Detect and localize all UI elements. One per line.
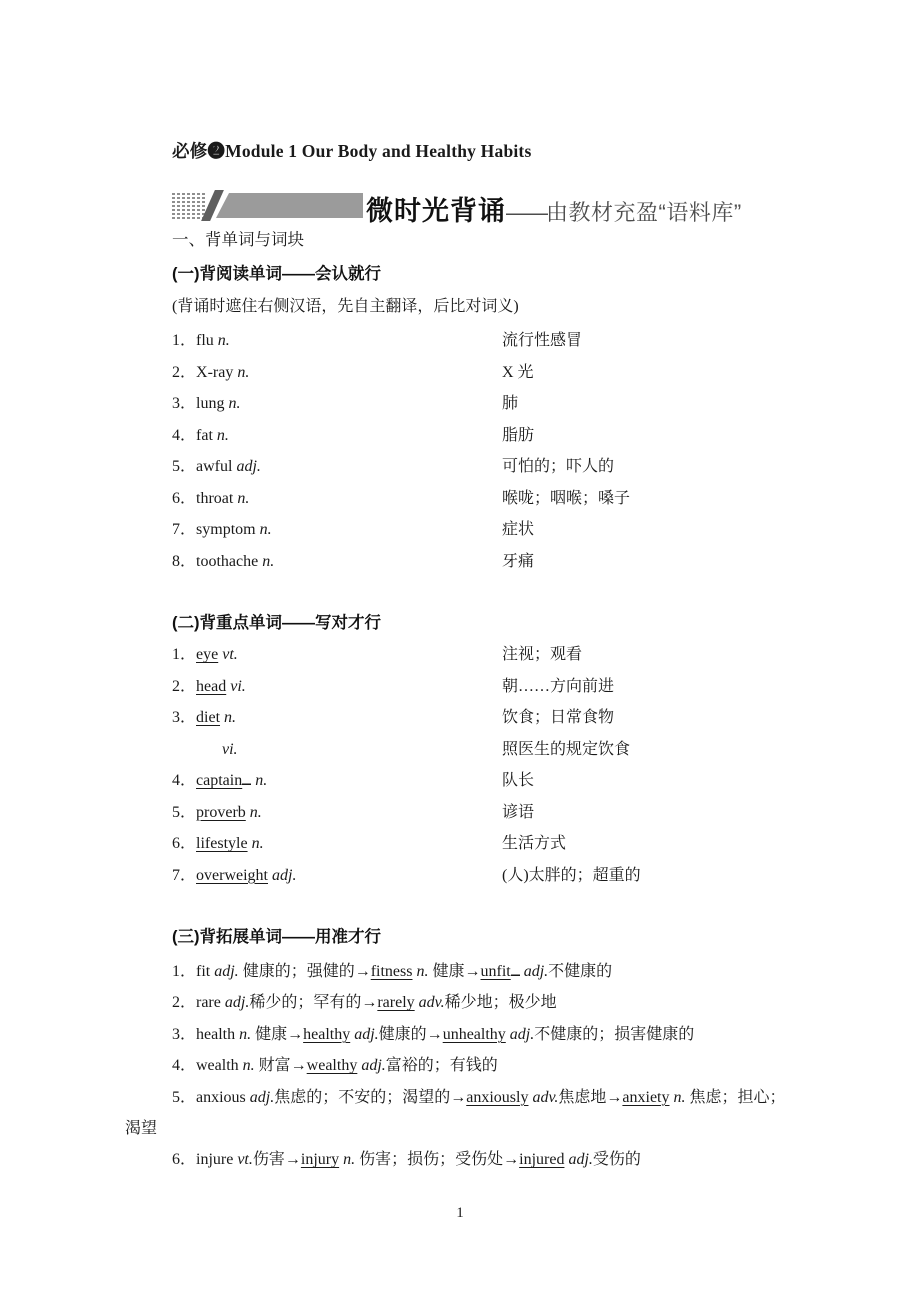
derivation-line: 3．health n. 健康→healthy adj.健康的→unhealthy… [125, 1019, 905, 1050]
english-term: 2．head vi. [172, 671, 246, 703]
hatch-pattern-decoration [172, 193, 206, 219]
item-number: 4． [172, 427, 196, 444]
english-term: 6．throat n. [172, 483, 249, 515]
derivation-line: 5．anxious adj.焦虑的；不安的；渴望的→anxiously adv.… [125, 1082, 905, 1113]
answer-blank [242, 769, 251, 785]
text-segment: fat [196, 427, 217, 444]
part-of-speech: n. [343, 1151, 355, 1168]
vocab-row: 1．flu n.流行性感冒 [172, 325, 872, 357]
underlined-word: unfit [481, 963, 520, 980]
banner-title: 微时光背诵 [366, 196, 506, 226]
underlined-word: wealthy [307, 1057, 358, 1074]
part-of-speech: adj. [510, 1026, 534, 1043]
text-segment: 2．rare [172, 994, 225, 1011]
item-number: 1． [172, 332, 196, 349]
vocab-row: 6．throat n.喉咙；咽喉；嗓子 [172, 483, 872, 515]
part-of-speech: n. [243, 1057, 255, 1074]
part-of-speech: vt. [237, 1151, 253, 1168]
text-segment: 健康→ [428, 963, 480, 980]
document-page: 必修❷Module 1 Our Body and Healthy Habits … [0, 0, 920, 1302]
part-of-speech: adv. [419, 994, 445, 1011]
underlined-word: diet [196, 709, 220, 726]
vocab-row: 2．X-ray n.X 光 [172, 357, 872, 389]
vocab-row: 4．fat n.脂肪 [172, 420, 872, 452]
text-segment: 4．wealth [172, 1057, 243, 1074]
section-1-note: (背诵时遮住右侧汉语，先自主翻译，后比对词义) [172, 293, 519, 316]
banner-text: 微时光背诵——由教材充盈“语料库” [366, 189, 742, 228]
vocab-row: 5．awful adj.可怕的；吓人的 [172, 451, 872, 483]
vocab-row: 3．lung n.肺 [172, 388, 872, 420]
english-term: 4．fat n. [172, 420, 229, 452]
item-number: 7． [172, 521, 196, 538]
derivation-line: 渴望 [125, 1113, 905, 1144]
derivation-line: 6．injure vt.伤害→injury n. 伤害；损伤；受伤处→injur… [125, 1144, 905, 1175]
text-segment: 健康的→ [379, 1026, 443, 1043]
chinese-gloss: 谚语 [502, 797, 534, 829]
item-number: 6． [172, 835, 196, 852]
text-segment: awful [196, 458, 236, 475]
vocab-row: 7．symptom n.症状 [172, 514, 872, 546]
chinese-gloss: 症状 [502, 514, 534, 546]
text-segment: 不健康的；损害健康的 [534, 1026, 694, 1043]
part-of-speech: adj. [236, 458, 260, 475]
underlined-word: injury [301, 1151, 339, 1168]
part-of-speech: n. [262, 553, 274, 570]
banner-dash: —— [506, 200, 546, 225]
text-segment: 焦虑；担心； [686, 1089, 786, 1106]
text-segment: 受伤的 [593, 1151, 641, 1168]
vocab-row: 8．toothache n.牙痛 [172, 546, 872, 578]
underlined-word: eye [196, 646, 218, 663]
vocab-row: vi.照医生的规定饮食 [172, 734, 872, 766]
english-term: 7．overweight adj. [172, 860, 296, 892]
underlined-word: lifestyle [196, 835, 248, 852]
part-of-speech: n. [416, 963, 428, 980]
vocab-row: 7．overweight adj.(人)太胖的；超重的 [172, 860, 872, 892]
part-one-heading: 一、背单词与词块 [172, 226, 304, 250]
part-of-speech: adv. [532, 1089, 558, 1106]
text-segment: 伤害；损伤；受伤处→ [355, 1151, 519, 1168]
underlined-word: healthy [303, 1026, 350, 1043]
chinese-gloss: X 光 [502, 357, 534, 389]
part-of-speech: n. [224, 709, 236, 726]
banner-bar-decoration [216, 193, 363, 218]
chinese-gloss: 喉咙；咽喉；嗓子 [502, 483, 630, 515]
english-term: 3．lung n. [172, 388, 240, 420]
text-segment: lung [196, 395, 228, 412]
section-2-heading: (二)背重点单词——写对才行 [172, 609, 381, 633]
vocab-row: 2．head vi.朝……方向前进 [172, 671, 872, 703]
document-title: 必修❷Module 1 Our Body and Healthy Habits [172, 138, 531, 163]
section-banner: 微时光背诵——由教材充盈“语料库” [172, 189, 792, 223]
text-segment: 稀少的；罕有的→ [249, 994, 377, 1011]
derivation-line: 2．rare adj.稀少的；罕有的→rarely adv.稀少地；极少地 [125, 987, 905, 1018]
item-number: 6． [172, 490, 196, 507]
english-term: 5．proverb n. [172, 797, 262, 829]
chinese-gloss: 生活方式 [502, 828, 566, 860]
item-number: 3． [172, 395, 196, 412]
part-of-speech: adj. [225, 994, 249, 1011]
banner-subtitle: 由教材充盈“语料库” [546, 200, 742, 225]
extended-words-list: 1．fit adj. 健康的；强健的→fitness n. 健康→unfit a… [125, 956, 905, 1176]
text-segment: X-ray [196, 364, 237, 381]
part-of-speech: n. [239, 1026, 251, 1043]
part-of-speech: vt. [222, 646, 238, 663]
chinese-gloss: 牙痛 [502, 546, 534, 578]
item-number: 1． [172, 646, 196, 663]
part-of-speech: n. [674, 1089, 686, 1106]
part-of-speech: n. [252, 835, 264, 852]
chinese-gloss: 注视；观看 [502, 639, 582, 671]
part-of-speech: n. [237, 490, 249, 507]
part-of-speech: n. [228, 395, 240, 412]
derivation-line: 1．fit adj. 健康的；强健的→fitness n. 健康→unfit a… [125, 956, 905, 987]
underlined-word: anxiously [466, 1089, 528, 1106]
chinese-gloss: 饮食；日常食物 [502, 702, 614, 734]
part-of-speech: adj. [354, 1026, 378, 1043]
underlined-word: head [196, 678, 226, 695]
text-segment: 焦虑地→ [558, 1089, 622, 1106]
text-segment: 不健康的 [548, 963, 612, 980]
part-of-speech: n. [217, 427, 229, 444]
page-number: 1 [0, 1205, 920, 1222]
english-term: 8．toothache n. [172, 546, 274, 578]
part-of-speech: n. [255, 772, 267, 789]
english-term: 5．awful adj. [172, 451, 261, 483]
chinese-gloss: (人)太胖的；超重的 [502, 860, 641, 892]
underlined-word: unhealthy [443, 1026, 506, 1043]
vocab-row: 4．captain n.队长 [172, 765, 872, 797]
section-1-heading: (一)背阅读单词——会认就行 [172, 260, 381, 284]
underlined-word: overweight [196, 867, 268, 884]
item-number: 2． [172, 678, 196, 695]
english-term: 6．lifestyle n. [172, 828, 264, 860]
underlined-word: injured [519, 1151, 564, 1168]
english-term: 7．symptom n. [172, 514, 272, 546]
vocab-row: 1．eye vt.注视；观看 [172, 639, 872, 671]
part-of-speech: n. [260, 521, 272, 538]
item-number: 5． [172, 458, 196, 475]
english-term: 3．diet n. [172, 702, 236, 734]
section-3-heading: (三)背拓展单词——用准才行 [172, 923, 381, 947]
item-number: 7． [172, 867, 196, 884]
english-term: 1．flu n. [172, 325, 230, 357]
underlined-word: anxiety [622, 1089, 669, 1106]
text-segment: 焦虑的；不安的；渴望的→ [274, 1089, 466, 1106]
vocab-row: 6．lifestyle n.生活方式 [172, 828, 872, 860]
text-segment: 渴望 [125, 1120, 157, 1137]
part-of-speech: vi. [230, 678, 246, 695]
vocab-row: 3．diet n.饮食；日常食物 [172, 702, 872, 734]
text-segment: 6．injure [172, 1151, 237, 1168]
item-number: 4． [172, 772, 196, 789]
part-of-speech: n. [237, 364, 249, 381]
underlined-word: fitness [371, 963, 413, 980]
text-segment: flu [196, 332, 218, 349]
part-of-speech: adj. [250, 1089, 274, 1106]
text-segment: 财富→ [255, 1057, 307, 1074]
part-of-speech: vi. [222, 741, 238, 758]
text-segment: throat [196, 490, 237, 507]
chinese-gloss: 肺 [502, 388, 518, 420]
vocab-row: 5．proverb n.谚语 [172, 797, 872, 829]
key-words-list: 1．eye vt.注视；观看2．head vi.朝……方向前进3．diet n.… [172, 639, 872, 891]
text-segment: 3．health [172, 1026, 239, 1043]
chinese-gloss: 朝……方向前进 [502, 671, 614, 703]
english-term: 1．eye vt. [172, 639, 238, 671]
part-of-speech: adj. [214, 963, 238, 980]
derivation-line: 4．wealth n. 财富→wealthy adj.富裕的；有钱的 [125, 1050, 905, 1081]
chinese-gloss: 脂肪 [502, 420, 534, 452]
item-number: 3． [172, 709, 196, 726]
part-of-speech: adj. [524, 963, 548, 980]
text-segment: 稀少地；极少地 [445, 994, 557, 1011]
item-number: 8． [172, 553, 196, 570]
underlined-word: rarely [377, 994, 414, 1011]
item-number: 5． [172, 804, 196, 821]
english-term: vi. [172, 734, 238, 766]
text-segment: toothache [196, 553, 262, 570]
text-segment: 5．anxious [172, 1089, 250, 1106]
chinese-gloss: 照医生的规定饮食 [502, 734, 630, 766]
part-of-speech: n. [218, 332, 230, 349]
reading-words-list: 1．flu n.流行性感冒2．X-ray n.X 光3．lung n.肺4．fa… [172, 325, 872, 577]
text-segment: symptom [196, 521, 260, 538]
part-of-speech: n. [250, 804, 262, 821]
english-term: 2．X-ray n. [172, 357, 249, 389]
english-term: 4．captain n. [172, 765, 267, 797]
chinese-gloss: 队长 [502, 765, 534, 797]
part-of-speech: adj. [361, 1057, 385, 1074]
item-number: 2． [172, 364, 196, 381]
underlined-word: proverb [196, 804, 246, 821]
chinese-gloss: 流行性感冒 [502, 325, 582, 357]
part-of-speech: adj. [568, 1151, 592, 1168]
answer-blank [511, 960, 520, 976]
text-segment: 健康的；强健的→ [239, 963, 371, 980]
text-segment: 伤害→ [253, 1151, 301, 1168]
underlined-word: captain [196, 772, 251, 789]
part-of-speech: adj. [272, 867, 296, 884]
text-segment: 1．fit [172, 963, 214, 980]
text-segment: 健康→ [251, 1026, 303, 1043]
chinese-gloss: 可怕的；吓人的 [502, 451, 614, 483]
text-segment: 富裕的；有钱的 [386, 1057, 498, 1074]
